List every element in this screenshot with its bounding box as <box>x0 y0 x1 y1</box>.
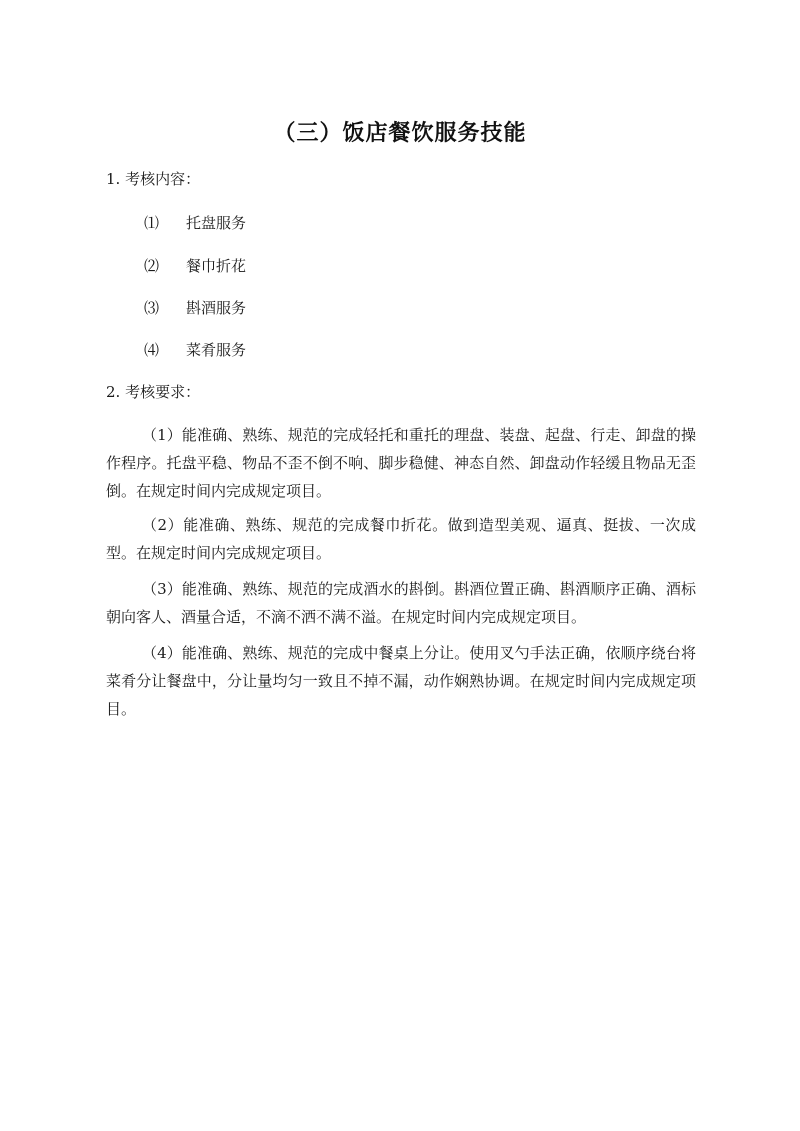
item-number: ⑷ <box>144 339 186 360</box>
item-label: 托盘服务 <box>186 214 246 232</box>
requirement-paragraph: （2）能准确、熟练、规范的完成餐巾折花。做到造型美观、逼真、挺拔、一次成型。在规… <box>106 511 696 567</box>
item-label: 餐巾折花 <box>186 257 246 275</box>
page-title: （三）饭店餐饮服务技能 <box>0 116 800 147</box>
list-item: ⑶斟酒服务 <box>144 297 246 318</box>
document-page: （三）饭店餐饮服务技能 1. 考核内容： ⑴托盘服务 ⑵餐巾折花 ⑶斟酒服务 ⑷… <box>0 0 800 1131</box>
item-number: ⑵ <box>144 255 186 276</box>
item-number: ⑴ <box>144 212 186 233</box>
requirement-paragraph: （4）能准确、熟练、规范的完成中餐桌上分让。使用叉勺手法正确，依顺序绕台将菜肴分… <box>106 639 696 723</box>
item-label: 斟酒服务 <box>186 299 246 317</box>
section-heading-content: 1. 考核内容： <box>106 168 200 189</box>
list-item: ⑵餐巾折花 <box>144 255 246 276</box>
section-heading-requirements: 2. 考核要求： <box>106 381 200 402</box>
requirement-paragraph: （1）能准确、熟练、规范的完成轻托和重托的理盘、装盘、起盘、行走、卸盘的操作程序… <box>106 421 696 505</box>
item-label: 菜肴服务 <box>186 341 246 359</box>
requirement-paragraph: （3）能准确、熟练、规范的完成酒水的斟倒。斟酒位置正确、斟酒顺序正确、酒标朝向客… <box>106 575 696 631</box>
list-item: ⑴托盘服务 <box>144 212 246 233</box>
item-number: ⑶ <box>144 297 186 318</box>
list-item: ⑷菜肴服务 <box>144 339 246 360</box>
